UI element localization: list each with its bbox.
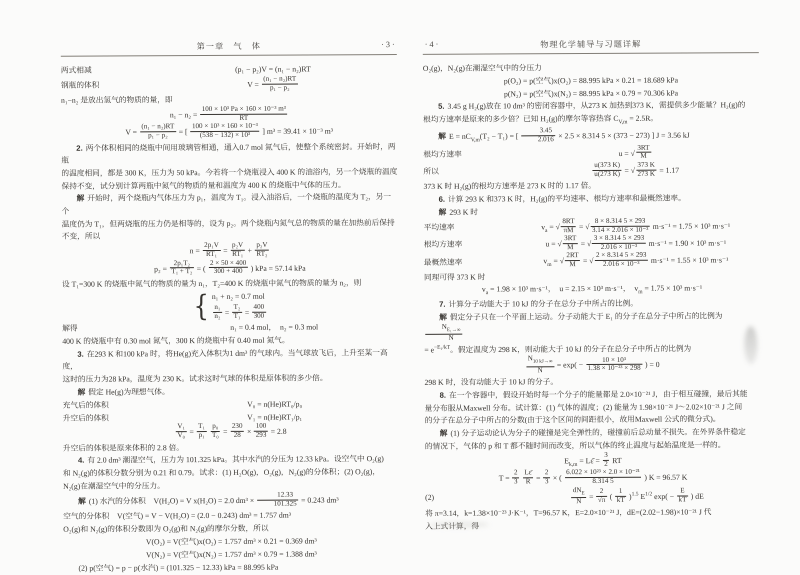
text-line: 解假定分子只在一个平面上运动。分子动能大于 E₁ 的分子在总分子中所占的比例为 …	[424, 310, 760, 343]
text-line: 将 π=3.14，k=1.38×10⁻²³ J·K⁻¹，T=96.57 K，E=…	[425, 506, 761, 520]
text-line: 6.计算 293 K 和373 K 时，H₂(g)的平均速率、根均方速率和最概然…	[424, 192, 760, 206]
formula-line: va = 1.98 × 10³ m·s⁻¹， u = 2.15 × 10³ m·…	[424, 283, 760, 299]
text-line: 2.两个体积相同的烧瓶中间用玻璃管相通，通入0.7 mol 氮气后，使整个系统密…	[61, 141, 397, 167]
text-line: O₂(g)，N₂(g)在潮湿空气中的分压力	[423, 61, 759, 75]
labeled-formula-line: 根均方速率u = √3RTM = √3 × 8.314 5 × 2932.016…	[424, 235, 760, 254]
page-left-content: 两式相减(p₁ − p₂)V = (n₁ − n₂)RT钢瓶的体积V = (n₁…	[61, 63, 400, 565]
labeled-formula-line: 解得n₁ = 0.4 mol， n₂ = 0.3 mol	[62, 321, 398, 335]
formula-line: p₂ = 2p₁T₂T₁ + T₂ = ( 2 × 50 × 400300 + …	[62, 260, 398, 279]
page-right: · 4 · 物理化学辅导与习题详解 O₂(g)，N₂(g)在潮湿空气中的分压力p…	[423, 38, 762, 533]
text-line: = e−E₁/kT。假定温度为 298 K，则动能大于 10 kJ 的分子在总分…	[424, 342, 760, 357]
formula-line: p(N₂) = p(空气)x(N₂) = 88.995 kPa × 0.79 =…	[423, 87, 759, 101]
text-line: 解(1) 分子运动论认为分子的碰撞是完全弹性的，碰撞前后总动量不损失。在外界条件…	[425, 426, 761, 440]
formula-line: V₁V₀ = T₁p₁ p₀T₀ = 23028 × 100293 = 2.8	[63, 423, 399, 442]
text-line: 解假定 He(g)为理想气体。	[63, 385, 399, 399]
page-right-header: · 4 · 物理化学辅导与习题详解	[423, 38, 759, 55]
text-line: 和 N₂(g)的体积分数分别为 0.21 和 0.79。试求：(1) H₂O(g…	[63, 466, 399, 480]
page-right-content: O₂(g)，N₂(g)在潮湿空气中的分压力p(O₂) = p(空气)x(O₂) …	[423, 61, 761, 533]
formula-line: V = (n₁ − n₂)RTp₁ − p₂ = [ 100 × 10³ × 1…	[61, 123, 397, 142]
text-line: 5.3.45 g H₂(g)放在 10 dm³ 的密闭容器中，从273 K 加热…	[423, 100, 759, 114]
text-line: 的分子在总分子中所占的分数(由于这个区间的间距很小，故用Maxwell 公式的微…	[425, 413, 761, 427]
text-line: (2) p(空气) = p − p(水汽) = (101.325 − 12.33…	[63, 561, 399, 565]
text-line: 入上式计算，得	[425, 519, 761, 533]
text-line: 解(1) 水汽的分体积 V(H₂O) = V x(H₂O) = 2.0 dm³ …	[63, 492, 399, 511]
labeled-formula-line: 根均方速率u = √3RTM	[423, 145, 759, 164]
text-line: 298 K 时，没有动能大于 10 kJ 的分子。	[424, 375, 760, 389]
text-line: O₂(g)和 N₂(g)的体积分数即为 O₂(g)和 N₂(g)的摩尔分数，所以	[63, 522, 399, 536]
formula-line: V(N₂) = V(空气)x(N₂) = 1.757 dm³ × 0.79 = …	[63, 548, 399, 562]
text-line: 设 T₁=300 K 的烧瓶中氮气的物质的量为 n₁，T₂=400 K 的烧瓶中…	[62, 277, 398, 291]
text-line: 量分布服从Maxwell 分布。试计算：(1) 气体的温度；(2) 能量为 1.…	[425, 401, 761, 415]
text-line: N₂(g)在潮湿空气中的分压力。	[63, 479, 399, 493]
formula-line: T = 23 Lε̄R = 23 × ( 6.022 × 10²³ × 2.0 …	[425, 469, 761, 488]
text-line: 的温度相同，都是 300 K，压力为 50 kPa。今若将一个烧瓶浸入 400 …	[61, 166, 397, 180]
labeled-formula-line: 所以u(373 K)u(273 K) = √373 K273 K = 1.17	[423, 162, 759, 181]
text-line: 根均方速率是原来的多少倍？已知 H₂(g)的摩尔等容热容 CV,m = 2.5R…	[423, 112, 759, 128]
text-line: 保持不变，试分别计算两瓶中氮气的物质的量和温度为 400 K 的烧瓶中气体的压力…	[61, 179, 397, 193]
text-line: 4.有 2.0 dm³ 潮湿空气，压力为 101.325 kPa。其中水汽的分压…	[63, 453, 399, 467]
text-line: 这时的压力为28 kPa，温度为 230 K。试求这时气球的体积是原体积的多少倍…	[62, 372, 398, 386]
labeled-formula-line: 充气后的体积V₀ = n(He)RT₀/p₀	[63, 398, 399, 412]
scanned-book-spread: 第一章 气 体 · 3 · 两式相减(p₁ − p₂)V = (n₁ − n₂)…	[0, 0, 800, 565]
labeled-formula-line: 平均速率va = √8RTπM = √8 × 8.314 5 × 2933.14…	[424, 218, 760, 237]
labeled-formula-line: 两式相减(p₁ − p₂)V = (n₁ − n₂)RT	[61, 63, 397, 77]
text-line: 温度仍为 T₁，但两烧瓶的压力仍是相等的，设为 p₂。两个烧瓶内氮气总的物质的量…	[62, 217, 398, 231]
text-line: 解E = nCV,m(T₂ − T₁) = [ 3.452.016 × 2.5 …	[423, 127, 759, 146]
page-number-4: · 4 ·	[425, 40, 439, 49]
formula-line: V(O₂) = V(空气)x(O₂) = 1.757 dm³ × 0.21 = …	[63, 535, 399, 549]
chapter-title: 第一章 气 体	[197, 42, 261, 51]
text-line: 3.在293 K 和100 kPa 时，将He(g)充入体积为1 dm³ 的气球…	[62, 347, 398, 373]
page-number-3: · 3 ·	[381, 40, 395, 49]
text-line: 373 K 时 H₂(g)的根均方速率是 273 K 时的 1.17 倍。	[423, 179, 759, 193]
text-line: 400 K 的烧瓶中有 0.30 mol 氮气，300 K 的烧瓶中有 0.40…	[62, 334, 398, 348]
formula-line: p(O₂) = p(空气)x(O₂) = 88.995 kPa × 0.21 =…	[423, 74, 759, 88]
text-line: 同理可得 373 K 时	[424, 270, 760, 284]
equation-system: {n₁ + n₂ = 0.7 moln₁n₂ = T₂T₁ = 400300	[62, 290, 398, 323]
text-line: 的情况下，气体的 p 和 T 都不随时间而改变，所以气体的终止温度与起始温度是一…	[425, 439, 761, 453]
formula-line: N10 kJ→∞N = exp( − 10 × 10³1.38 × 10⁻²³ …	[424, 356, 760, 377]
book-title: 物理化学辅导与习题详解	[540, 40, 641, 50]
page-left: 第一章 气 体 · 3 · 两式相减(p₁ − p₂)V = (n₁ − n₂)…	[61, 40, 400, 565]
labeled-formula-line: 钢瓶的体积V = (n₁ − n₂)RTp₁ − p₂	[61, 76, 397, 95]
text-line: 8.在一个容器中，假设开始时每一个分子的能量都是 2.0×10⁻²¹ J，由于相…	[425, 388, 761, 402]
labeled-formula-line: (2)dNEN = 2√π ( 1kT )1.5 E1/2 exp( − EkT…	[425, 487, 761, 508]
page-left-header: 第一章 气 体 · 3 ·	[61, 40, 397, 57]
text-line: 空气的分体积 V(空气) = V − V(H₂O) = (2.0 − 0.243…	[63, 509, 399, 523]
text-line: 升空后的体积是原来体积的 2.8 倍。	[63, 441, 399, 455]
labeled-formula-line: 最概然速率vm = √2RTM = √2 × 8.314 5 × 2932.01…	[424, 252, 760, 271]
text-line: 解开始时，两个烧瓶内气体压力为 p₁，温度为 T₁。浸入油浴后，一个烧瓶的温度为…	[62, 191, 398, 217]
text-line: 7.计算分子动能大于 10 kJ 的分子在总分子中所占的比例。	[424, 297, 760, 311]
